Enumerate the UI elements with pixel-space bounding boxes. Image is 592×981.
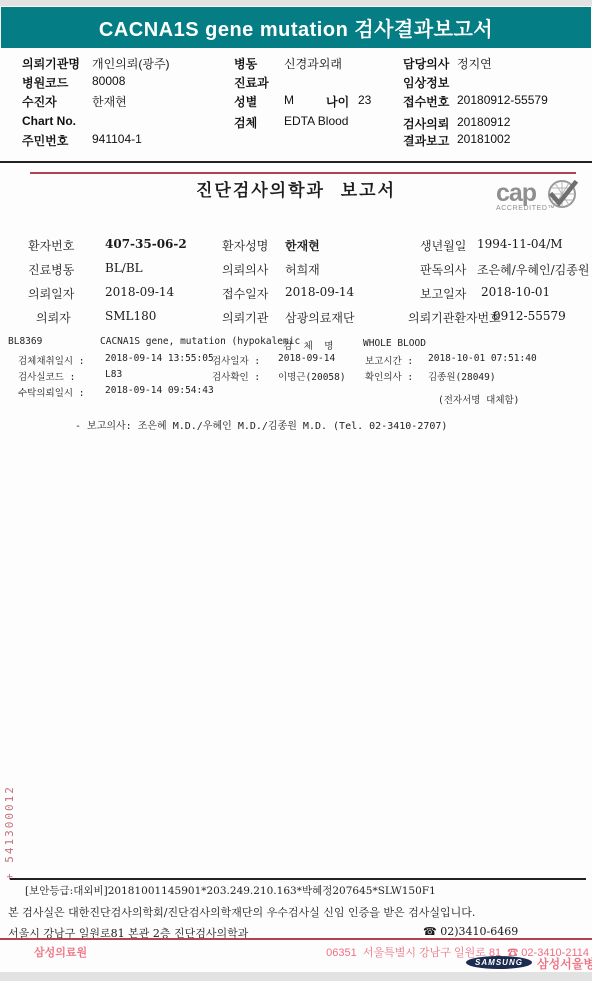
report-time-label: 보고시간 : — [365, 353, 413, 367]
confirm-value: 김종원(28049) — [428, 369, 496, 383]
patient-label: 의뢰기관 — [222, 309, 268, 326]
patient-label: 환자번호 — [28, 237, 74, 254]
patient-value: 407-35-06-2 — [105, 237, 187, 251]
patient-label: 의뢰기관환자번호 — [408, 309, 501, 326]
field-label: 의뢰기관명 — [22, 55, 80, 72]
lab-phone: ☎ 02)3410-6469 — [423, 925, 518, 938]
field-value: 정지연 — [457, 55, 492, 72]
patient-label: 보고일자 — [420, 285, 466, 302]
field-label: 진료과 — [234, 74, 269, 91]
field-label: 수진자 — [22, 93, 57, 110]
patient-label: 진료병동 — [28, 261, 74, 278]
field-label: 접수번호 — [403, 93, 449, 110]
lab-code-label: 검사실코드 : — [18, 369, 75, 383]
field-label: 성별 — [234, 93, 257, 110]
field-label: Chart No. — [22, 114, 76, 128]
patient-value: 0912-55579 — [493, 309, 566, 323]
cap-accredited-logo: cap ACCREDITED™ — [494, 178, 586, 218]
report-page — [0, 6, 592, 972]
lab-code-value: L83 — [105, 369, 122, 380]
samsung-logo: SAMSUNG — [466, 956, 532, 969]
field-label: 검사의뢰 — [403, 115, 449, 132]
vertical-specimen-number: + 541300012 — [3, 772, 16, 880]
esign-note: (전자서명 대체함) — [438, 392, 519, 406]
field-label: 담당의사 — [403, 55, 449, 72]
patient-value: 삼광의료재단 — [285, 309, 355, 326]
patient-value: 한재현 — [285, 237, 320, 254]
report-time-value: 2018-10-01 07:51:40 — [428, 353, 537, 364]
patient-value: 허희재 — [285, 261, 320, 278]
request-label: 수탁의뢰일시 : — [18, 385, 85, 399]
field-value: 개인의뢰(광주) — [92, 55, 170, 72]
patient-value: 조은혜/우혜인/김종원 — [477, 261, 589, 278]
field-label: 나이 — [326, 93, 349, 110]
test-date-label: 검사일자 : — [212, 353, 260, 367]
patient-value: 2018-09-14 — [105, 285, 174, 299]
hospital-name: 삼성서울병원 — [537, 955, 592, 972]
field-label: 병원코드 — [22, 74, 68, 91]
test-code: BL8369 — [8, 336, 42, 347]
field-label: 주민번호 — [22, 132, 68, 149]
verify-value: 이명근(20058) — [278, 369, 346, 383]
patient-value: SML180 — [105, 309, 156, 323]
patient-value: 2018-10-01 — [481, 285, 550, 299]
field-label: 임상정보 — [403, 74, 449, 91]
cap-logo-word: cap — [496, 179, 536, 208]
field-value: 한재현 — [92, 93, 127, 110]
divider-red — [30, 172, 576, 174]
patient-label: 환자성명 — [222, 237, 268, 254]
document-scan: CACNA1S gene mutation 검사결과보고서 의뢰기관명 개인의뢰… — [0, 0, 592, 981]
accreditation-line: 본 검사실은 대한진단검사의학회/진단검사의학재단의 우수검사실 신임 인증을 … — [8, 904, 475, 920]
field-value: EDTA Blood — [284, 114, 348, 128]
patient-label: 의뢰자 — [36, 309, 71, 326]
field-label: 병동 — [234, 55, 257, 72]
org-name: 삼성의료원 — [34, 944, 87, 960]
patient-label: 의뢰의사 — [222, 261, 268, 278]
request-value: 2018-09-14 09:54:43 — [105, 385, 214, 396]
footer-red-line — [0, 938, 592, 940]
report-banner-title: CACNA1S gene mutation 검사결과보고서 — [99, 13, 493, 42]
field-value: 신경과외래 — [284, 55, 342, 72]
patient-label: 의뢰일자 — [28, 285, 74, 302]
specimen-value: WHOLE BLOOD — [363, 338, 426, 349]
reporting-doctors-line: - 보고의사: 조은혜 M.D./우혜인 M.D./김종원 M.D. (Tel.… — [75, 417, 447, 432]
footer-divider — [10, 878, 586, 880]
test-date-value: 2018-09-14 — [278, 353, 335, 364]
field-label: 검체 — [234, 114, 257, 131]
patient-label: 생년월일 — [420, 237, 466, 254]
samsung-logo-text: SAMSUNG — [475, 958, 523, 967]
report-banner: CACNA1S gene mutation 검사결과보고서 — [1, 7, 591, 48]
collected-label: 검체채취일시 : — [18, 353, 85, 367]
verify-label: 검사확인 : — [212, 369, 260, 383]
patient-value: BL/BL — [105, 261, 143, 275]
confirm-label: 확인의사 : — [365, 369, 413, 383]
patient-label: 판독의사 — [420, 261, 466, 278]
patient-label: 접수일자 — [222, 285, 268, 302]
security-line: [보안등급:대외비]20181001145901*203.249.210.163… — [25, 883, 436, 898]
field-value: 80008 — [92, 74, 125, 88]
collected-value: 2018-09-14 13:55:05 — [105, 353, 214, 364]
patient-value: 2018-09-14 — [285, 285, 354, 299]
field-label: 결과보고 — [403, 132, 449, 149]
field-value: 23 — [358, 93, 371, 107]
field-value: 20180912-55579 — [457, 93, 548, 107]
divider-black — [0, 161, 592, 163]
field-value: 20181002 — [457, 132, 510, 146]
specimen-label: 검 체 명 — [283, 338, 333, 352]
test-name: CACNA1S gene, mutation (hypokalemic — [100, 336, 300, 347]
field-value: M — [284, 93, 294, 107]
field-value: 20180912 — [457, 115, 510, 129]
field-value: 941104-1 — [92, 132, 142, 146]
patient-value: 1994-11-04/M — [477, 237, 563, 251]
cap-logo-subtext: ACCREDITED™ — [496, 205, 555, 212]
